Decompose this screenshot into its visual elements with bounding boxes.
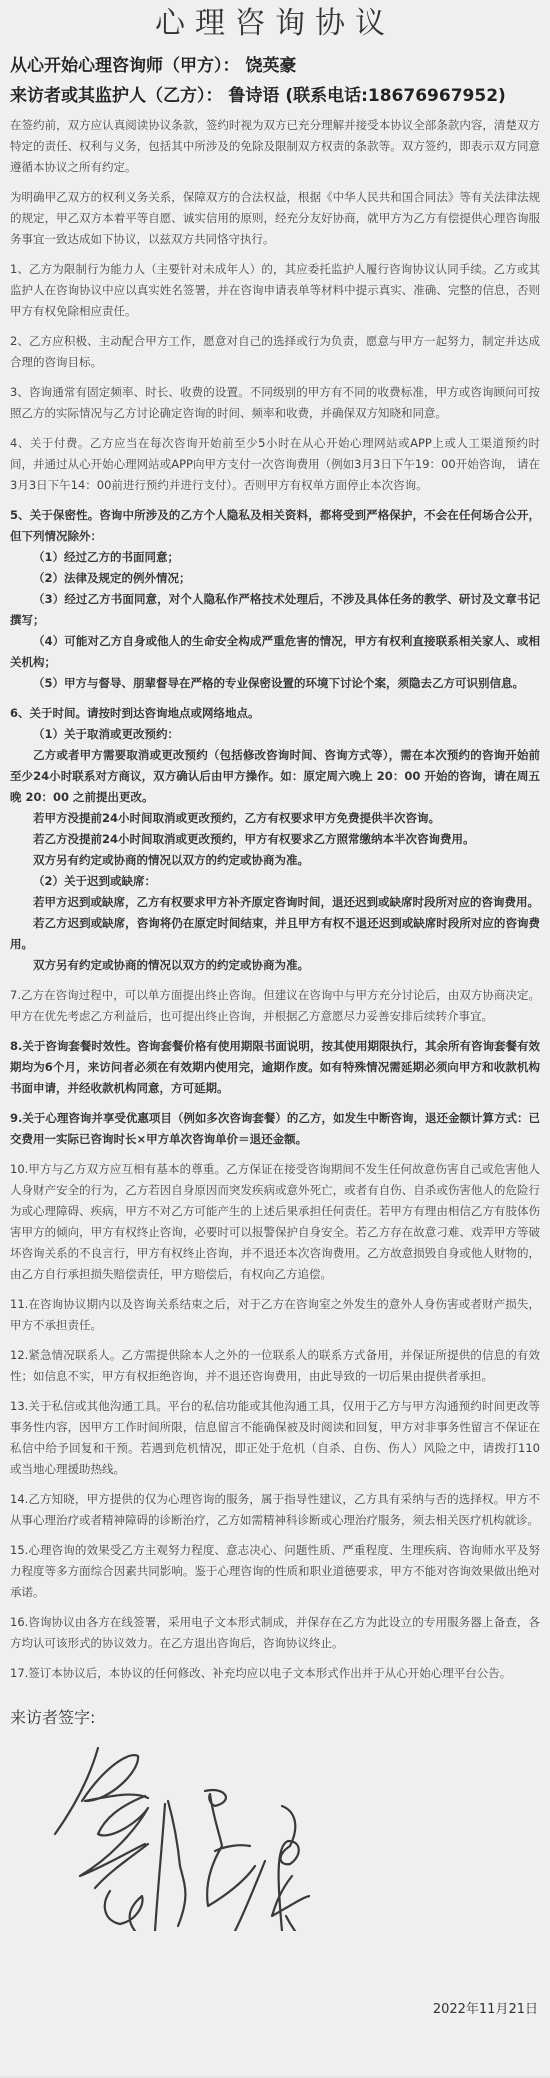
handwritten-signature-icon	[50, 1746, 310, 1931]
clause-6-sub1-body: 乙方或者甲方需要取消或更改预约（包括修改咨询时间、咨询方式等），需在本次预约的咨…	[10, 745, 540, 808]
intro-paragraph-1: 在签约前，双方应认真阅读协议条款，签约时视为双方已充分理解并接受本协议全部条款内…	[10, 115, 540, 178]
clause-12: 12.紧急情况联系人。乙方需提供除本人之外的一位联系人的联系方式备用，并保证所提…	[10, 1345, 540, 1387]
clause-1: 1、乙方为限制行为能力人（主要针对未成年人）的，其应委托监护人履行咨询协议认同手…	[10, 259, 540, 322]
clause-10: 10.甲方与乙方双方应互相有基本的尊重。乙方保证在接受咨询期间不发生任何故意伤害…	[10, 1159, 540, 1285]
clause-7: 7.乙方在咨询过程中，可以单方面提出终止咨询。但建议在咨询中与甲方充分讨论后，由…	[10, 985, 540, 1027]
clause-5-item-1: （1）经过乙方的书面同意；	[10, 547, 540, 568]
clause-5-item-5: （5）甲方与督导、朋辈督导在严格的专业保密设置的环境下讨论个案，须隐去乙方可识别…	[10, 673, 540, 694]
clause-17: 17.签订本协议后，本协议的任何修改、补充均应以电子文本形式作出并于从心开始心理…	[10, 1663, 540, 1684]
clause-5: 5、关于保密性。咨询中所涉及的乙方个人隐私及相关资料，都将受到严格保护，不会在任…	[10, 505, 540, 694]
party-a-line: 从心开始心理咨询师（甲方）： 饶英豪	[10, 51, 540, 81]
clause-8: 8.关于咨询套餐时效性。咨询套餐价格有使用期限书面说明，按其使用期限执行，其余所…	[10, 1036, 540, 1099]
signing-date: 2022年11月21日	[433, 1998, 538, 2017]
clause-6-sub2-note: 双方另有约定或协商的情况以双方的约定或协商为准。	[10, 955, 540, 976]
clause-4: 4、关于付费。乙方应当在每次咨询开始前至少5小时在从心开始心理网站或APP上或人…	[10, 433, 540, 496]
clause-6-sub2-party-b: 若乙方迟到或缺席，咨询将仍在原定时间结束，并且甲方有权不退还迟到或缺席时段所对应…	[10, 913, 540, 955]
clause-6-sub1-heading: （1）关于取消或更改预约：	[10, 724, 540, 745]
party-b-line: 来访者或其监护人（乙方）： 鲁诗语 (联系电话:18676967952)	[10, 81, 540, 111]
clause-6-sub1-note: 双方另有约定或协商的情况以双方的约定或协商为准。	[10, 850, 540, 871]
clause-9: 9.关于心理咨询并享受优惠项目（例如多次咨询套餐）的乙方，如发生中断咨询，退还金…	[10, 1108, 540, 1150]
clause-6-sub1-party-b: 若乙方没提前24小时间取消或更改预约，甲方有权要求乙方照常缴纳本半次咨询费用。	[10, 829, 540, 850]
clause-11: 11.在咨询协议期内以及咨询关系结束之后，对于乙方在咨询室之外发生的意外人身伤害…	[10, 1294, 540, 1336]
signature-label: 来访者签字:	[10, 1706, 540, 1730]
clause-6-sub2-heading: （2）关于迟到或缺席：	[10, 871, 540, 892]
document-title: 心理咨询协议	[10, 0, 540, 46]
clause-5-heading: 5、关于保密性。咨询中所涉及的乙方个人隐私及相关资料，都将受到严格保护，不会在任…	[10, 505, 540, 547]
clause-6-sub2-party-a: 若甲方迟到或缺席，乙方有权要求甲方补齐原定咨询时间，退还迟到或缺席时段所对应的咨…	[10, 892, 540, 913]
clause-15: 15.心理咨询的效果受乙方主观努力程度、意志决心、问题性质、严重程度、生理疾病、…	[10, 1540, 540, 1603]
clause-3: 3、咨询通常有固定频率、时长、收费的设置。不同级别的甲方有不同的收费标准，甲方或…	[10, 382, 540, 424]
clause-13: 13.关于私信或其他沟通工具。平台的私信功能或其他沟通工具，仅用于乙方与甲方沟通…	[10, 1396, 540, 1480]
clause-14: 14.乙方知晓，甲方提供的仅为心理咨询的服务，属于指导性建议，乙方具有采纳与否的…	[10, 1489, 540, 1531]
agreement-document: 心理咨询协议 从心开始心理咨询师（甲方）： 饶英豪 来访者或其监护人（乙方）： …	[0, 0, 550, 1931]
clause-6-sub1-party-a: 若甲方没提前24小时间取消或更改预约，乙方有权要求甲方免费提供半次咨询。	[10, 808, 540, 829]
clause-6: 6、关于时间。请按时到达咨询地点或网络地点。 （1）关于取消或更改预约： 乙方或…	[10, 703, 540, 976]
intro-paragraph-2: 为明确甲乙双方的权利义务关系，保障双方的合法权益，根据《中华人民共和国合同法》等…	[10, 187, 540, 250]
clause-5-item-4: （4）可能对乙方自身或他人的生命安全构成严重危害的情况，甲方有权利直接联系相关家…	[10, 631, 540, 673]
clause-5-item-3: （3）经过乙方书面同意，对个人隐私作严格技术处理后，不涉及具体任务的教学、研讨及…	[10, 589, 540, 631]
clause-16: 16.咨询协议由各方在线签署，采用电子文本形式制成，并保存在乙方为此设立的专用服…	[10, 1612, 540, 1654]
clause-2: 2、乙方应积极、主动配合甲方工作，愿意对自己的选择或行为负责，愿意与甲方一起努力…	[10, 331, 540, 373]
clause-6-heading: 6、关于时间。请按时到达咨询地点或网络地点。	[10, 703, 540, 724]
clause-5-item-2: （2）法律及规定的例外情况；	[10, 568, 540, 589]
